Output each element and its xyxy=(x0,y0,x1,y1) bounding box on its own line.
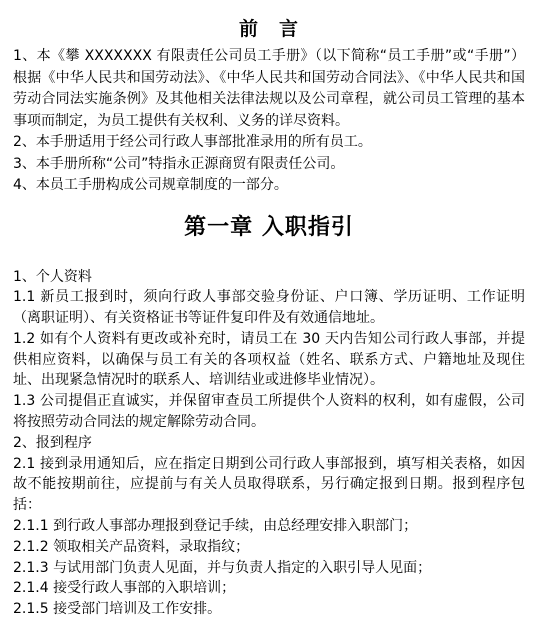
clause-2-1-5: 2.1.5 接受部门培训及工作安排。 xyxy=(13,599,525,620)
section-heading-registration: 2、报到程序 xyxy=(13,433,525,454)
chapter-body: 1、个人资料 1.1 新员工报到时，须向行政人事部交验身份证、户口簿、学历证明、… xyxy=(13,267,525,620)
preface-item-4: 4、本员工手册构成公司规章制度的一部分。 xyxy=(13,175,525,197)
clause-2-1-1: 2.1.1 到行政人事部办理报到登记手续，由总经理安排入职部门； xyxy=(13,516,525,537)
section-heading-personal-info: 1、个人资料 xyxy=(13,267,525,288)
preface-section: 1、本《攀 XXXXXXX 有限责任公司员工手册》（以下简称“员工手册”或“手册… xyxy=(13,46,525,197)
chapter-title: 第一章 入职指引 xyxy=(13,213,525,243)
clause-2-1-4: 2.1.4 接受行政人事部的入职培训； xyxy=(13,578,525,599)
clause-2-1-2: 2.1.2 领取相关产品资料，录取指纹； xyxy=(13,537,525,558)
preface-item-3: 3、本手册所称“公司”特指永正源商贸有限责任公司。 xyxy=(13,154,525,176)
clause-1-1: 1.1 新员工报到时，须向行政人事部交验身份证、户口簿、学历证明、工作证明（离职… xyxy=(13,287,525,329)
clause-2-1-3: 2.1.3 与试用部门负责人见面，并与负责人指定的入职引导人见面； xyxy=(13,558,525,579)
clause-1-2: 1.2 如有个人资料有更改或补充时，请员工在 30 天内告知公司行政人事部，并提… xyxy=(13,329,525,391)
clause-2-1: 2.1 接到录用通知后，应在指定日期到公司行政人事部报到，填写相关表格，如因故不… xyxy=(13,454,525,516)
preface-item-2: 2、本手册适用于经公司行政人事部批准录用的所有员工。 xyxy=(13,132,525,154)
preface-item-1: 1、本《攀 XXXXXXX 有限责任公司员工手册》（以下简称“员工手册”或“手册… xyxy=(13,46,525,132)
preface-title: 前 言 xyxy=(13,16,525,42)
document-page: 前 言 1、本《攀 XXXXXXX 有限责任公司员工手册》（以下简称“员工手册”… xyxy=(0,0,538,620)
clause-1-3: 1.3 公司提倡正直诚实，并保留审查员工所提供个人资料的权利，如有虚假，公司将按… xyxy=(13,391,525,433)
